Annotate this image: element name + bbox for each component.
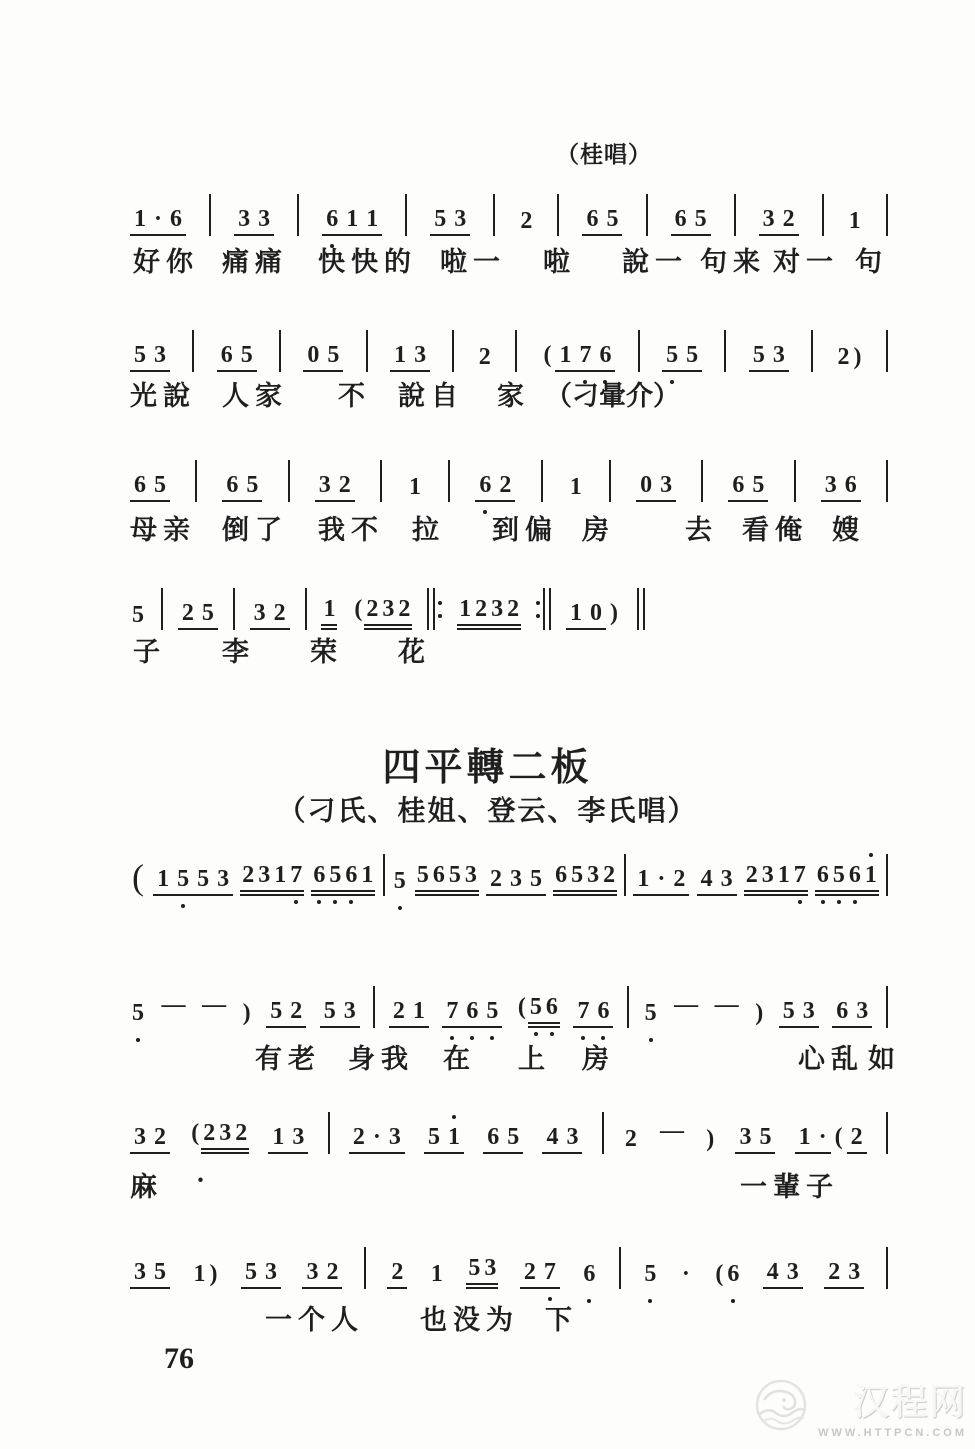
- lyric-syllable: 花: [398, 630, 431, 669]
- barline: [541, 460, 543, 502]
- note-group: 35: [130, 1259, 170, 1289]
- note-group: 32: [302, 1259, 342, 1289]
- barline: [602, 1112, 604, 1154]
- sheet-music-page: （桂唱） 1·6336115326565321好你痛痛快快的啦一啦說一句来对一句…: [0, 0, 975, 1449]
- note-group: 05: [303, 342, 343, 372]
- note-group: —: [672, 992, 699, 1020]
- lyric-syllable: 光說: [130, 374, 196, 413]
- lyric-syllable: 拉: [412, 508, 445, 547]
- note-group: 6: [581, 1261, 597, 1289]
- lyric-syllable: 李: [222, 630, 255, 669]
- watermark-site-name: 汉程网: [853, 1374, 967, 1425]
- lyric-syllable: 快快的: [318, 240, 417, 279]
- note-group: (6: [713, 1261, 741, 1289]
- barline: [886, 460, 888, 502]
- note-group: 2317: [744, 862, 808, 896]
- notation-system: 351)533221532765·(64323一个人也没为下: [130, 1243, 888, 1289]
- notation-system: 5——)525321765(56765——)5363有老身我在上房心乱如: [130, 982, 888, 1028]
- singer-annotation: （桂唱）: [556, 136, 652, 169]
- lyric-syllable: 說一: [622, 240, 688, 279]
- barline: [701, 460, 703, 502]
- singers-annotation: （刁氏、桂姐、登云、李氏唱）: [0, 789, 975, 829]
- note-group: 53: [749, 342, 789, 372]
- note-group: 2: [477, 344, 493, 372]
- note-group: —: [200, 992, 227, 1020]
- note-group: 32: [759, 206, 799, 236]
- barline: [886, 194, 888, 236]
- notes-row: 5——)525321765(56765——)5363: [130, 982, 888, 1028]
- note-group: —: [658, 1118, 685, 1146]
- lyric-syllable: 心乱: [798, 1037, 864, 1076]
- barline: [734, 194, 736, 236]
- barline: [233, 588, 235, 630]
- lyric-syllable: 下: [545, 1298, 578, 1337]
- notation-system: 536505132(17655532)光說人家不說自家（刁暈介）: [130, 326, 888, 372]
- barline: [383, 854, 385, 896]
- note-group: 53: [320, 998, 360, 1028]
- note-group: 10): [566, 600, 622, 630]
- barline: [195, 460, 197, 502]
- note-group: 27: [520, 1259, 560, 1289]
- note-group: 53: [241, 1259, 281, 1289]
- lyric-syllable: 一輩子: [740, 1165, 839, 1204]
- note-group: 5: [643, 1000, 659, 1028]
- note-group: —: [160, 992, 187, 1020]
- note-group: 1·6: [130, 206, 186, 236]
- lyric-syllable: 啦: [543, 240, 576, 279]
- lyric-syllable: （刁暈介）: [545, 374, 680, 413]
- note-group: 5: [642, 1261, 658, 1289]
- barline: [279, 330, 281, 372]
- barline: [380, 460, 382, 502]
- repeat-sign: [536, 588, 551, 630]
- note-group: 5: [130, 1000, 146, 1028]
- note-group: ): [753, 1000, 765, 1028]
- note-group: 1·2: [633, 866, 689, 896]
- note-group: 53: [779, 998, 819, 1028]
- note-group: (232: [189, 1120, 249, 1154]
- lyric-syllable: 說自: [398, 374, 464, 413]
- tune-title: 四平轉二板: [0, 736, 975, 791]
- note-group: 53: [130, 342, 170, 372]
- lyric-syllable: 子: [133, 630, 166, 669]
- notes-row: 32(232132·35165432—)351·(2: [130, 1108, 888, 1154]
- lyric-syllable: 也没为: [420, 1298, 519, 1337]
- lyric-syllable: 啦一: [440, 240, 506, 279]
- lyric-syllable: 麻: [130, 1165, 163, 1204]
- note-group: 32: [250, 600, 290, 630]
- watermark-site-url: WWW.HTTPCN.COM: [818, 1427, 967, 1439]
- barline: [624, 854, 626, 896]
- note-group: —: [713, 992, 740, 1020]
- note-group: 52: [266, 998, 306, 1028]
- page-number: 76: [164, 1342, 194, 1376]
- barline: [366, 330, 368, 372]
- note-group: 32: [130, 1124, 170, 1154]
- note-group: 2317: [240, 862, 304, 896]
- lyric-syllable: 我不: [318, 508, 384, 547]
- note-group: 53: [430, 206, 470, 236]
- lyric-syllable: 房: [582, 1037, 615, 1076]
- lyric-syllable: 痛痛: [222, 240, 288, 279]
- lyric-syllable: 母亲: [130, 508, 196, 547]
- barline: [452, 330, 454, 372]
- note-group: 33: [234, 206, 274, 236]
- barline: [627, 986, 629, 1028]
- note-group: 36: [821, 472, 861, 502]
- repeat-sign: [427, 588, 442, 630]
- note-group: 23: [824, 1259, 864, 1289]
- note-group: 65: [728, 472, 768, 502]
- lyric-syllable: 家: [497, 374, 530, 413]
- note-group: 32: [315, 472, 355, 502]
- double-barline: [543, 588, 551, 630]
- note-group: (: [130, 857, 146, 898]
- note-group: 765: [442, 998, 502, 1028]
- note-group: 1: [407, 474, 423, 502]
- barline: [192, 330, 194, 372]
- note-group: ): [704, 1126, 716, 1154]
- note-group: 51: [424, 1124, 464, 1154]
- notation-system: 1·6336115326565321好你痛痛快快的啦一啦說一句来对一句: [130, 190, 888, 236]
- barline: [448, 460, 450, 502]
- barline: [161, 588, 163, 630]
- note-group: 5: [130, 602, 146, 630]
- note-group: (56: [516, 994, 560, 1028]
- barline: [493, 194, 495, 236]
- note-group: 76: [573, 998, 613, 1028]
- note-group: 1553: [153, 866, 233, 896]
- lyric-syllable: 句来: [700, 240, 766, 279]
- barline: [405, 194, 407, 236]
- barline: [886, 854, 888, 896]
- note-group: 25: [178, 600, 218, 630]
- barline: [305, 588, 307, 630]
- note-group: 2·3: [349, 1124, 405, 1154]
- note-group: 21: [389, 998, 429, 1028]
- barline: [646, 194, 648, 236]
- note-group: 5: [392, 868, 408, 896]
- notes-row: 6565321621036536: [130, 456, 888, 502]
- note-group: 65: [217, 342, 257, 372]
- note-group: (232: [352, 596, 412, 630]
- barline: [886, 1112, 888, 1154]
- barline: [209, 194, 211, 236]
- note-group: 1: [321, 596, 337, 630]
- note-group: 2): [836, 344, 864, 372]
- note-group: 65: [222, 472, 262, 502]
- lyric-syllable: 倒了: [222, 508, 288, 547]
- lyric-syllable: 看俺: [742, 508, 808, 547]
- watermark-text: 汉程网 WWW.HTTPCN.COM: [818, 1374, 967, 1439]
- note-group: 43: [542, 1124, 582, 1154]
- note-group: 55: [662, 342, 702, 372]
- note-group: ·: [680, 1261, 692, 1289]
- barline: [638, 330, 640, 372]
- barline: [515, 330, 517, 372]
- double-barline: [427, 588, 435, 630]
- barline: [619, 1247, 621, 1289]
- note-group: 63: [832, 998, 872, 1028]
- note-group: ): [241, 1000, 253, 1028]
- note-group: 1: [568, 474, 584, 502]
- barline: [724, 330, 726, 372]
- note-group: 13: [390, 342, 430, 372]
- note-group: 1): [191, 1261, 219, 1289]
- lyric-syllable: 如: [868, 1037, 901, 1076]
- note-group: (176: [539, 342, 615, 372]
- lyric-syllable: 去: [685, 508, 718, 547]
- notes-row: 1·6336115326565321: [130, 190, 888, 236]
- barline: [297, 194, 299, 236]
- lyric-syllable: 嫂: [832, 508, 865, 547]
- note-group: 6561: [311, 862, 375, 896]
- barline: [609, 460, 611, 502]
- barline: [886, 1247, 888, 1289]
- lyric-syllable: 一个人: [265, 1298, 364, 1337]
- note-group: 2: [518, 208, 534, 236]
- note-group: 1232: [457, 596, 521, 630]
- barline: [886, 986, 888, 1028]
- lyric-syllable: ·: [196, 1165, 211, 1196]
- note-group: 65: [671, 206, 711, 236]
- barline: [373, 986, 375, 1028]
- lyric-syllable: 人家: [222, 374, 288, 413]
- lyric-syllable: 在: [443, 1037, 476, 1076]
- barline: [822, 194, 824, 236]
- lyric-syllable: 有老: [255, 1037, 321, 1076]
- hancheng-logo-icon: [750, 1376, 812, 1438]
- barline: [557, 194, 559, 236]
- notes-row: 536505132(17655532): [130, 326, 888, 372]
- lyric-syllable: 身我: [348, 1037, 414, 1076]
- note-group: 1·(2: [795, 1124, 867, 1154]
- note-group: 03: [636, 472, 676, 502]
- note-group: 235: [486, 866, 546, 896]
- barline: [811, 330, 813, 372]
- lyric-syllable: 荣: [310, 630, 343, 669]
- barline: [364, 1247, 366, 1289]
- notation-system: 32(232132·35165432—)351·(2麻·一輩子: [130, 1108, 888, 1154]
- note-group: 65: [130, 472, 170, 502]
- note-group: 611: [322, 206, 382, 236]
- lyric-syllable: 对一: [773, 240, 839, 279]
- lyric-syllable: 房: [582, 508, 615, 547]
- note-group: 6561: [815, 862, 879, 896]
- lyric-syllable: 好你: [133, 240, 199, 279]
- barline: [794, 460, 796, 502]
- note-group: 62: [475, 472, 515, 502]
- note-group: 35: [735, 1124, 775, 1154]
- note-group: 1: [429, 1261, 445, 1289]
- note-group: 43: [763, 1259, 803, 1289]
- note-group: 2: [387, 1259, 407, 1289]
- note-group: 2: [623, 1126, 639, 1154]
- lyric-syllable: 不: [338, 374, 371, 413]
- notation-system: 525321(232123210)子李荣花: [130, 584, 645, 630]
- lyric-syllable: 句: [855, 240, 888, 279]
- notes-row: 351)533221532765·(64323: [130, 1243, 888, 1289]
- note-group: 1: [847, 208, 863, 236]
- note-group: 6532: [553, 862, 617, 896]
- lyric-syllable: 到偏: [492, 508, 558, 547]
- notation-system: 6565321621036536母亲倒了我不拉到偏房去看俺嫂: [130, 456, 888, 502]
- notation-system: (1553231765615565323565321·24323176561: [130, 850, 888, 896]
- barline: [328, 1112, 330, 1154]
- note-group: 13: [268, 1124, 308, 1154]
- watermark: 汉程网 WWW.HTTPCN.COM: [750, 1374, 967, 1439]
- double-barline: [637, 588, 645, 630]
- note-group: 53: [466, 1255, 498, 1289]
- note-group: 65: [483, 1124, 523, 1154]
- note-group: 43: [697, 866, 737, 896]
- notes-row: 525321(232123210): [130, 584, 645, 630]
- barline: [288, 460, 290, 502]
- lyric-syllable: 上: [518, 1037, 551, 1076]
- notes-row: (1553231765615565323565321·24323176561: [130, 850, 888, 896]
- note-group: 65: [582, 206, 622, 236]
- note-group: 5653: [415, 862, 479, 896]
- barline: [886, 330, 888, 372]
